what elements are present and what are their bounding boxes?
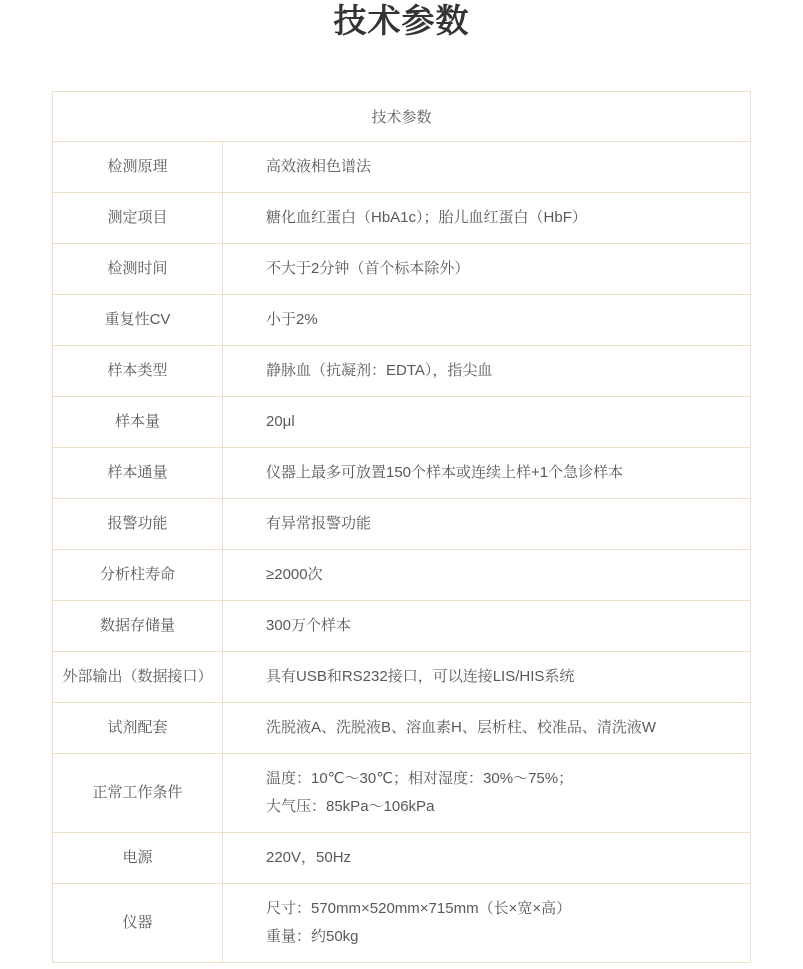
spec-value-line: 具有USB和RS232接口，可以连接LIS/HIS系统 [266, 663, 735, 691]
page-title: 技术参数 [0, 0, 803, 42]
spec-label: 正常工作条件 [53, 754, 223, 832]
table-header-title: 技术参数 [53, 92, 750, 142]
spec-value: 洗脱液A、洗脱液B、溶血素H、层析柱、校准品、清洗液W [223, 703, 750, 753]
spec-value-line: 糖化血红蛋白（HbA1c）；胎儿血红蛋白（HbF） [266, 204, 735, 232]
spec-label: 外部输出（数据接口） [53, 652, 223, 702]
spec-value-line: 尺寸：570mm×520mm×715mm（长×宽×高） [266, 895, 735, 923]
table-row: 样本量 20μl [53, 397, 750, 448]
spec-value-line: 温度：10℃～30℃；相对湿度：30%～75%； [266, 765, 735, 793]
table-row: 分析柱寿命 ≥2000次 [53, 550, 750, 601]
spec-value-line: 洗脱液A、洗脱液B、溶血素H、层析柱、校准品、清洗液W [266, 714, 735, 742]
spec-value: 20μl [223, 397, 750, 447]
spec-value: 具有USB和RS232接口，可以连接LIS/HIS系统 [223, 652, 750, 702]
table-row: 重复性CV 小于2% [53, 295, 750, 346]
spec-value-line: ≥2000次 [266, 561, 735, 589]
spec-value: 尺寸：570mm×520mm×715mm（长×宽×高）重量：约50kg [223, 884, 750, 962]
table-row: 试剂配套 洗脱液A、洗脱液B、溶血素H、层析柱、校准品、清洗液W [53, 703, 750, 754]
spec-value: 300万个样本 [223, 601, 750, 651]
spec-value-line: 高效液相色谱法 [266, 153, 735, 181]
spec-value-line: 静脉血（抗凝剂：EDTA），指尖血 [266, 357, 735, 385]
spec-value-line: 仪器上最多可放置150个样本或连续上样+1个急诊样本 [266, 459, 735, 487]
spec-value: 220V，50Hz [223, 833, 750, 883]
spec-label: 检测时间 [53, 244, 223, 294]
spec-value: 仪器上最多可放置150个样本或连续上样+1个急诊样本 [223, 448, 750, 498]
spec-label: 数据存储量 [53, 601, 223, 651]
spec-label: 样本通量 [53, 448, 223, 498]
spec-value-line: 有异常报警功能 [266, 510, 735, 538]
table-row: 样本类型 静脉血（抗凝剂：EDTA），指尖血 [53, 346, 750, 397]
spec-table: 技术参数 检测原理 高效液相色谱法 测定项目 糖化血红蛋白（HbA1c）；胎儿血… [52, 91, 751, 963]
spec-value: 小于2% [223, 295, 750, 345]
spec-label: 试剂配套 [53, 703, 223, 753]
spec-value: 静脉血（抗凝剂：EDTA），指尖血 [223, 346, 750, 396]
table-row: 检测时间 不大于2分钟（首个标本除外） [53, 244, 750, 295]
spec-label: 报警功能 [53, 499, 223, 549]
table-row: 仪器 尺寸：570mm×520mm×715mm（长×宽×高）重量：约50kg [53, 884, 750, 962]
spec-label: 重复性CV [53, 295, 223, 345]
spec-label: 样本类型 [53, 346, 223, 396]
spec-value-line: 小于2% [266, 306, 735, 334]
table-row: 数据存储量 300万个样本 [53, 601, 750, 652]
spec-label: 测定项目 [53, 193, 223, 243]
table-body: 检测原理 高效液相色谱法 测定项目 糖化血红蛋白（HbA1c）；胎儿血红蛋白（H… [53, 142, 750, 962]
table-row: 样本通量 仪器上最多可放置150个样本或连续上样+1个急诊样本 [53, 448, 750, 499]
spec-label: 样本量 [53, 397, 223, 447]
spec-value-line: 大气压：85kPa～106kPa [266, 793, 735, 821]
table-row: 检测原理 高效液相色谱法 [53, 142, 750, 193]
spec-label: 分析柱寿命 [53, 550, 223, 600]
spec-value: ≥2000次 [223, 550, 750, 600]
spec-label: 仪器 [53, 884, 223, 962]
table-row: 测定项目 糖化血红蛋白（HbA1c）；胎儿血红蛋白（HbF） [53, 193, 750, 244]
spec-value: 温度：10℃～30℃；相对湿度：30%～75%；大气压：85kPa～106kPa [223, 754, 750, 832]
spec-value-line: 300万个样本 [266, 612, 735, 640]
table-row: 报警功能 有异常报警功能 [53, 499, 750, 550]
spec-label: 电源 [53, 833, 223, 883]
spec-value: 高效液相色谱法 [223, 142, 750, 192]
spec-value-line: 重量：约50kg [266, 923, 735, 951]
spec-value-line: 不大于2分钟（首个标本除外） [266, 255, 735, 283]
spec-value-line: 220V，50Hz [266, 844, 735, 872]
table-row: 正常工作条件 温度：10℃～30℃；相对湿度：30%～75%；大气压：85kPa… [53, 754, 750, 833]
spec-value: 有异常报警功能 [223, 499, 750, 549]
spec-value-line: 20μl [266, 408, 735, 436]
spec-label: 检测原理 [53, 142, 223, 192]
table-row: 电源 220V，50Hz [53, 833, 750, 884]
table-row: 外部输出（数据接口） 具有USB和RS232接口，可以连接LIS/HIS系统 [53, 652, 750, 703]
spec-value: 糖化血红蛋白（HbA1c）；胎儿血红蛋白（HbF） [223, 193, 750, 243]
spec-value: 不大于2分钟（首个标本除外） [223, 244, 750, 294]
